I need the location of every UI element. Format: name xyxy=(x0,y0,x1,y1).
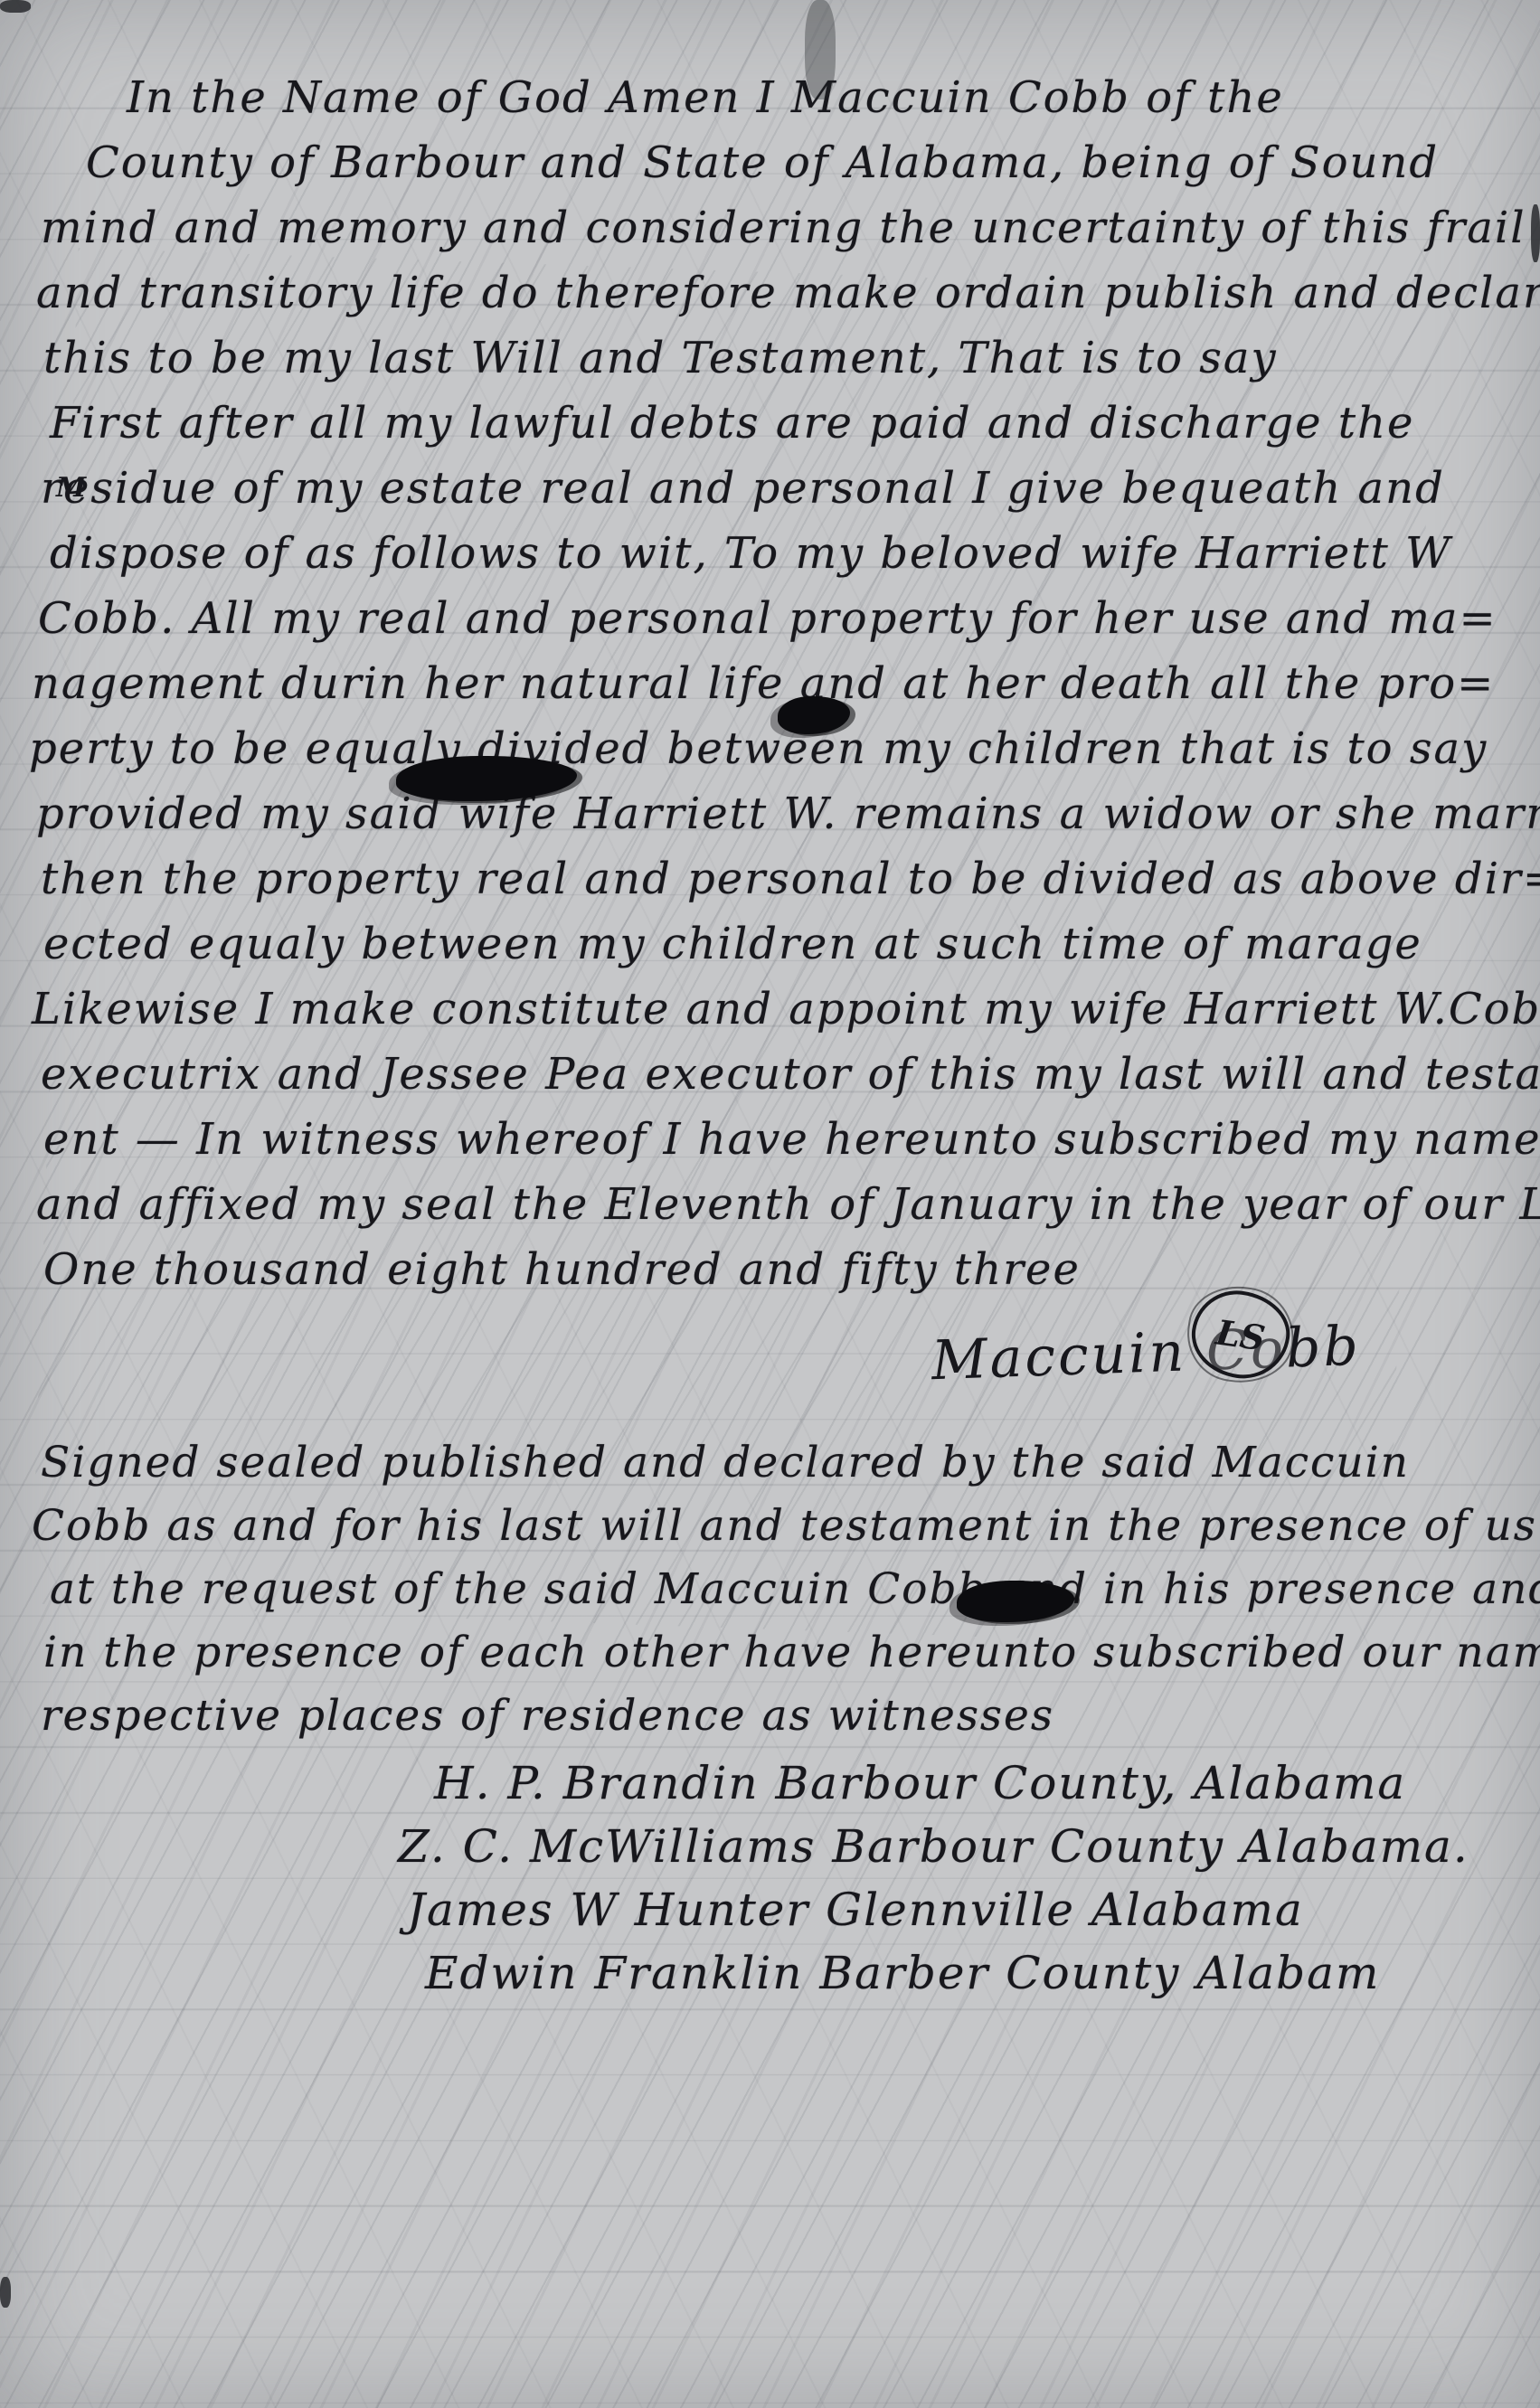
document-line: Cobb. All my real and personal property … xyxy=(38,591,1497,646)
document-line: residue of my estate real and personal I… xyxy=(41,461,1445,515)
document-line: this to be my last Will and Testament, T… xyxy=(43,331,1278,385)
document-line: then the property real and personal to b… xyxy=(41,852,1540,906)
attestation-line: at the request of the said Maccuin Cobb … xyxy=(50,1563,1540,1617)
witness-signature: James W Hunter Glennville Alabama xyxy=(407,1883,1304,1937)
document-line: First after all my lawful debts are paid… xyxy=(50,396,1414,450)
seal: LS xyxy=(1186,1285,1295,1384)
edge-smudge xyxy=(1531,204,1540,262)
fold-shadow xyxy=(805,0,836,99)
testator-signature: Maccuin Cobb xyxy=(931,1315,1362,1393)
document-line: and affixed my seal the Eleventh of Janu… xyxy=(36,1177,1540,1232)
document-line: and transitory life do therefore make or… xyxy=(36,266,1540,320)
document-line: executrix and Jessee Pea executor of thi… xyxy=(41,1047,1540,1101)
attestation-line: Cobb as and for his last will and testam… xyxy=(32,1499,1540,1553)
attestation-line: respective places of residence as witnes… xyxy=(41,1689,1054,1743)
witness-signature: H. P. Brandin Barbour County, Alabama xyxy=(434,1756,1406,1810)
document-line: dispose of as follows to wit, To my belo… xyxy=(50,526,1451,581)
document-line: provided my said wife Harriett W. remain… xyxy=(36,787,1540,841)
witness-signature: Edwin Franklin Barber County Alabam xyxy=(425,1946,1380,2000)
scanned-will-page: In the Name of God Amen I Maccuin Cobb o… xyxy=(0,0,1540,2408)
document-line: Likewise I make constitute and appoint m… xyxy=(32,982,1540,1036)
marginal-mark: M xyxy=(56,472,86,504)
document-line: mind and memory and considering the unce… xyxy=(41,201,1526,255)
edge-smudge xyxy=(0,0,31,13)
document-line: perty to be equaly divided between my ch… xyxy=(29,722,1488,776)
document-line: One thousand eight hundred and fifty thr… xyxy=(43,1242,1081,1297)
document-line: ected equaly between my children at such… xyxy=(43,917,1422,971)
witness-signature: Z. C. McWilliams Barbour County Alabama. xyxy=(398,1819,1469,1874)
attestation-line: in the presence of each other have hereu… xyxy=(43,1626,1540,1680)
edge-smudge xyxy=(0,2277,11,2308)
document-line: ent — In witness whereof I have hereunto… xyxy=(43,1112,1540,1166)
attestation-line: Signed sealed published and declared by … xyxy=(41,1436,1410,1490)
document-line: In the Name of God Amen I Maccuin Cobb o… xyxy=(127,71,1284,125)
document-line: nagement durin her natural life and at h… xyxy=(32,656,1495,711)
document-line: County of Barbour and State of Alabama, … xyxy=(86,136,1439,190)
seal-label: LS xyxy=(1214,1311,1268,1358)
